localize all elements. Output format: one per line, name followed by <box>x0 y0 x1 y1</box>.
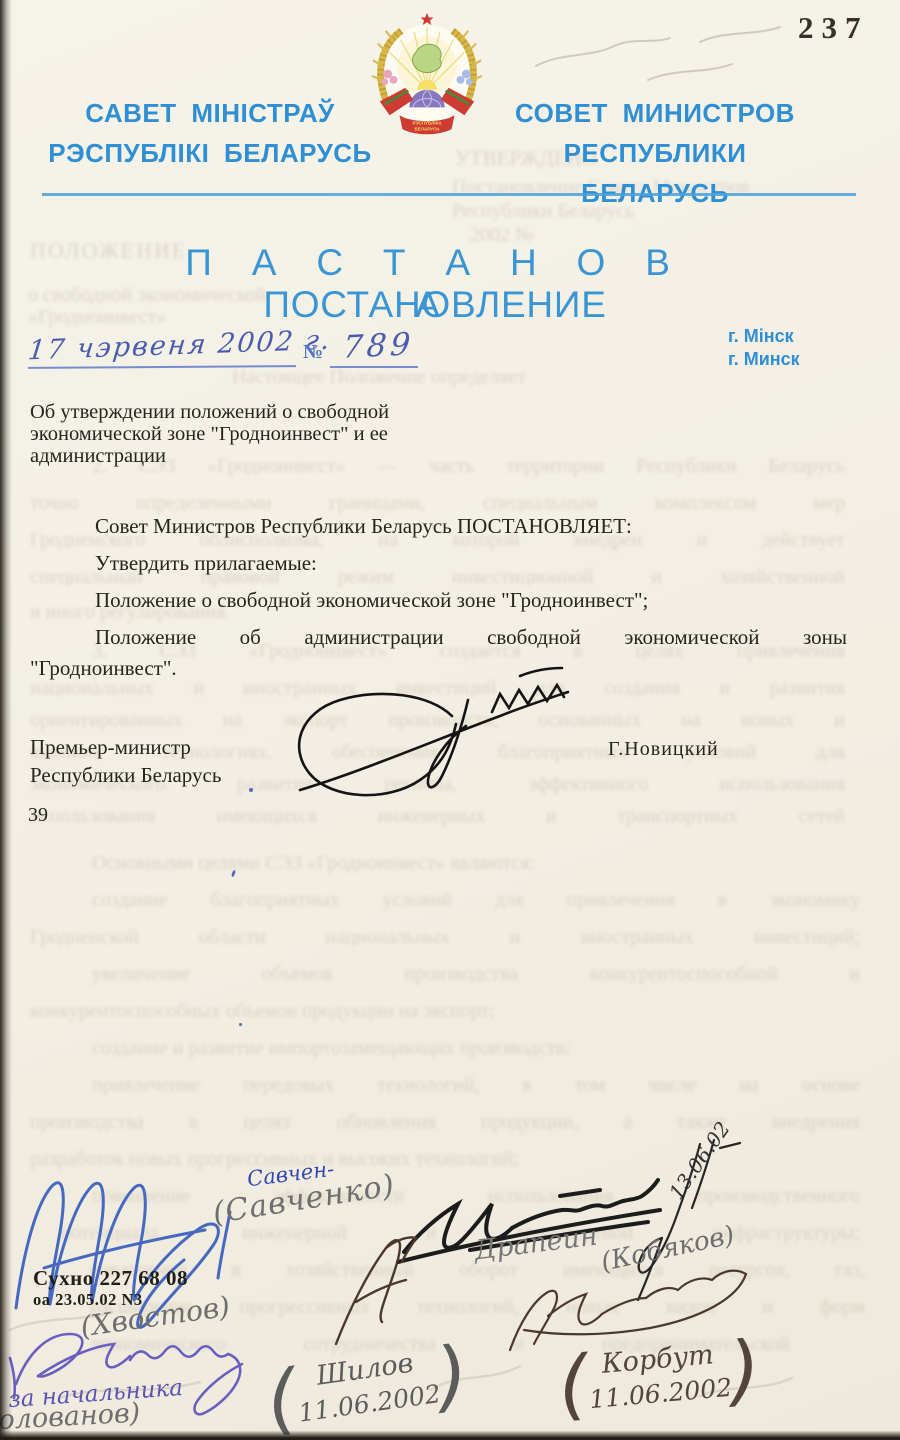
bleed-text: «Гродноинвест» <box>28 306 166 329</box>
org-name-line: РЕСПУБЛИКИ БЕЛАРУСЬ <box>490 133 820 213</box>
org-name-line: САВЕТ МІНІСТРАЎ <box>45 93 375 133</box>
body-paragraph: "Гродноинвест". <box>30 656 177 681</box>
paren-close: ) <box>727 1333 763 1405</box>
bleed-text: использования имеющихся инженерных и тра… <box>30 805 845 828</box>
svg-text:БЕЛАРУСЬ: БЕЛАРУСЬ <box>415 127 441 132</box>
signatory-name: Г.Новицкий <box>608 738 719 761</box>
org-name-line: РЭСПУБЛІКІ БЕЛАРУСЬ <box>45 133 375 173</box>
subject-line: экономической зоне "Гродноинвест" и ее <box>30 423 389 445</box>
bleed-text: ПОЛОЖЕНИЕ <box>30 238 187 264</box>
subject-line: Об утверждении положений о свободной <box>30 401 389 423</box>
bleed-text: производства в целях обновления продукци… <box>30 1111 860 1134</box>
bleed-text: увеличение объемов производства конкурен… <box>30 963 860 986</box>
ink-speck <box>239 1023 242 1026</box>
bleed-text: конкурентоспособных объемов продукции на… <box>30 1000 495 1023</box>
handwritten-date: 17 чэрвеня 2002 г. <box>26 325 333 367</box>
page-edge-left <box>0 0 12 1440</box>
bleed-text: точно определенными границами, специальн… <box>30 492 845 515</box>
decree-subject: Об утверждении положений о свободной эко… <box>30 401 389 467</box>
handwritten-number: 789 <box>341 326 415 366</box>
org-name-belarusian: САВЕТ МІНІСТРАЎ РЭСПУБЛІКІ БЕЛАРУСЬ <box>45 93 375 173</box>
subject-line: администрации <box>30 445 389 467</box>
scanned-decree-page: УТВЕРЖДЕНО Постановление Совета Министро… <box>0 0 900 1440</box>
bleed-text: ориентированных на экспорт производств, … <box>30 709 845 732</box>
bleed-text: Основными целями СЭЗ «Гродноинвест» явля… <box>30 852 535 875</box>
number-sign-label: № <box>303 341 323 364</box>
bleed-text: создание и развитие импортозамещающих пр… <box>30 1037 570 1060</box>
doc-title-ru: ПОСТАНОВЛЕНИЕ <box>175 284 695 326</box>
city-ru: г. Минск <box>728 349 800 370</box>
body-paragraph: Положение о свободной экономической зоне… <box>95 588 648 613</box>
bleed-text: создание благоприятных условий для привл… <box>30 889 860 912</box>
belarus-coat-of-arms-icon: РЭСПУБЛІКА БЕЛАРУСЬ <box>368 10 486 138</box>
sukno-stamp-line1: Сухно 227 68 08 <box>33 1266 188 1291</box>
signatory-position-line: Республики Беларусь <box>30 761 221 789</box>
number-underline <box>330 366 418 368</box>
body-paragraph: Утвердить прилагаемые: <box>95 551 317 576</box>
signatory-position: Премьер-министр Республики Беларусь <box>30 733 221 789</box>
body-paragraph: Положение об администрации свободной эко… <box>95 625 847 650</box>
pencil-squiggle <box>536 27 780 80</box>
bleed-text: Настоящее Положение определяет <box>232 366 526 389</box>
signatory-position-line: Премьер-министр <box>30 733 221 761</box>
header-divider <box>42 193 856 196</box>
city-by: г. Мінск <box>728 326 794 347</box>
svg-text:РЭСПУБЛІКА: РЭСПУБЛІКА <box>412 121 442 126</box>
org-name-line: СОВЕТ МИНИСТРОВ <box>490 93 820 133</box>
page-number-stamp: 237 <box>798 10 869 46</box>
bleed-text: потенциала, инженерной и транспортной ин… <box>60 1222 860 1245</box>
bleed-text: Гродненской области национальных и иност… <box>30 926 860 949</box>
ink-speck <box>249 788 253 792</box>
bleed-text: повышение эффективности использования пр… <box>30 1185 860 1208</box>
bleed-text: привлечение передовых технологий, в том … <box>30 1074 860 1097</box>
page-edge-bottom <box>0 1431 900 1440</box>
body-paragraph: Совет Министров Республики Беларусь ПОСТ… <box>95 514 632 539</box>
sheet-number: 39 <box>28 804 48 827</box>
shilov-signature <box>336 1237 416 1344</box>
